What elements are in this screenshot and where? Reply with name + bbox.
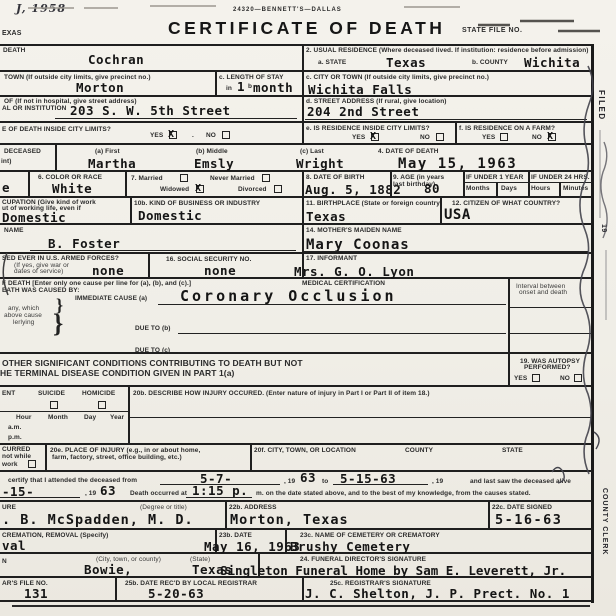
divorced-checkbox [274,185,282,193]
county-clerk-label: COUNTY CLERK [601,488,608,555]
last-name-label: (c) Last [300,148,324,156]
middle-name-label: (b) Middle [196,148,228,156]
row-armed-ssn-informant: SED EVER IN U.S. ARMED FORCES? (If yes, … [0,254,592,279]
certificate-form: DEATH Cochran 2. USUAL RESIDENCE (Where … [0,44,594,603]
row-burial-location: N (City, town, or county) (State) Bowie,… [0,554,592,578]
part2-label-line1: OTHER SIGNIFICANT CONDITIONS CONTRIBUTIN… [2,358,303,368]
divider [508,354,510,385]
homicide-label: HOMICIDE [82,390,115,398]
registrar-signature-value: J. C. Shelton, J. P. Prect. No. 1 [305,588,570,601]
days-label: Days [501,185,517,193]
divider [250,445,252,470]
certify-text-2: m. on the date stated above, and to the … [256,490,531,498]
divider [390,172,392,196]
armed-forces-value: none [92,265,124,278]
divider [302,198,304,223]
never-married-checkbox [262,174,270,182]
divider [508,279,510,352]
row-town-stay-city: TOWN (If outside city limits, give preci… [0,72,592,97]
yes-label: YES [514,375,527,383]
no-checkbox [222,131,230,139]
residence-inside-limits-label: e. IS RESIDENCE INSIDE CITY LIMITS? [306,125,430,133]
no-label: NO [532,134,542,142]
death-certificate-scan: J, 1958 EXAS 24320—BENNETT'S—DALLAS CERT… [0,0,616,616]
state-file-no-label: STATE FILE NO. [462,27,522,35]
row-place-of-injury: CURRED not while work 20e. PLACE OF INJU… [0,445,592,472]
minutes-label: Minutes [563,185,588,193]
divider [28,172,30,196]
row-city-limits: E OF DEATH INSIDE CITY LIMITS? YES X . N… [0,123,592,145]
deceased-sublabel: int) [1,158,12,166]
no-checkbox [436,133,444,141]
cemetery-value: Brushy Cemetery [290,541,410,554]
deceased-label: DECEASED [4,148,41,156]
location-partial-label: N [2,558,7,566]
divider [215,72,217,95]
divider [225,502,227,528]
father-name-label: NAME [4,227,24,235]
grid-line [508,333,592,334]
last-saw-alive-label: and last saw the deceased alive [470,478,571,486]
occupation-value: Domestic [2,212,66,225]
residence-state-value: Texas [386,57,426,70]
degree-title-label: (Degree or title) [140,504,187,512]
divider [302,172,304,196]
divider [55,145,57,170]
date-of-birth-value: Aug. 5, 1882 [305,184,401,197]
due-to-b-label: DUE TO (b) [135,325,171,333]
row-burial: CREMATION, REMOVAL (Specify) val 23b. DA… [0,530,592,554]
divider [45,445,47,470]
months-label: Months [466,185,490,193]
sex-partial-value: e [2,182,10,195]
autopsy-label-line2: PERFORMED? [524,364,571,372]
color-race-value: White [52,183,92,196]
signature-partial-label: URE [2,504,16,512]
homicide-checkbox [98,401,106,409]
answer-line [130,417,592,418]
answer-line [178,352,506,353]
informant-value: Mrs. G. O. Lyon [294,266,414,279]
residence-city-label: c. CITY OR TOWN (If outside city limits,… [306,74,489,82]
day-label: Day [84,414,96,422]
no-label: NO [420,134,430,142]
row-occupation-birthplace: CUPATION (Give kind of work ut of workin… [0,198,592,225]
page-title: CERTIFICATE OF DEATH [168,18,445,39]
yes-label: YES [482,134,495,142]
answer-line [304,251,588,252]
divider [302,97,304,121]
ssn-value: none [204,265,236,278]
first-name-value: Martha [88,158,136,171]
divider [440,198,442,223]
divider [302,225,304,252]
burial-city-value: Bowie, [84,564,132,577]
divider [130,198,132,223]
divider [115,578,117,600]
divider [125,172,127,196]
row-parents: NAME B. Foster 14. MOTHER'S MAIDEN NAME … [0,225,592,254]
county-of-death-value: Cochran [88,54,144,67]
burial-date-value: May 16, 1963 [204,541,300,554]
comma-19-label: , 19 [284,478,295,486]
injury-city-label: 20f. CITY, TOWN, OR LOCATION [254,447,356,455]
brace-glyph: } [53,309,63,339]
place-of-death-label: DEATH [3,47,25,55]
row-part2-autopsy: OTHER SIGNIFICANT CONDITIONS CONTRIBUTIN… [0,354,592,387]
hour-label: Hour [16,414,32,422]
last-name-value: Wright [296,158,344,171]
yes-checkbox [532,374,540,382]
age-value: 80 [424,183,440,196]
comma-19-label: , 19 [85,490,96,498]
middle-name-value: Emsly [194,158,234,171]
no-checkbox: X [548,133,556,141]
divider [559,182,561,196]
place-of-injury-label-line2: farm, factory, street, office building, … [52,454,182,462]
date-of-birth-label: 8. DATE OF BIRTH [306,174,365,182]
filed-stamp-label: FILED [597,90,606,121]
death-time-value: 1:15 p. [192,485,248,498]
row-place-usual-residence: DEATH Cochran 2. USUAL RESIDENCE (Where … [0,46,592,72]
father-name-value: B. Foster [48,238,120,251]
divider [488,502,490,528]
part2-label-line2: HE TERMINAL DISEASE CONDITION GIVEN IN P… [0,368,234,378]
address-label: 22b. ADDRESS [229,504,277,512]
row-injury-type: ENT SUICIDE HOMICIDE Hour Month Day Year… [0,387,592,445]
married-checkbox [180,174,188,182]
divider [496,182,498,196]
street-address-value: 204 2nd Street [307,106,419,119]
row-registrar: AR'S FILE NO. 131 25b. DATE REC'D BY LOC… [0,578,592,602]
answer-line [333,484,428,485]
hospital-label-line2: AL OR INSTITUTION [2,105,66,113]
answer-line [186,497,252,498]
row-race-marital-birth: e 6. COLOR OR RACE White 7. Married Neve… [0,172,592,198]
answer-line [302,600,564,601]
answer-line [178,333,506,334]
stay-in-label: in [226,85,232,93]
registrar-file-value: 131 [24,588,48,601]
state-label: a. STATE [318,59,346,67]
answer-line [30,250,296,251]
physician-address-value: Morton, Texas [230,514,349,528]
grid-line [0,411,128,412]
side-note-3: lerlying [13,319,34,327]
date-of-death-value: May 15, 1963 [398,157,517,171]
state-partial-label: EXAS [2,30,21,38]
divider [455,123,457,143]
informant-label: 17. INFORMANT [306,255,357,263]
bottom-double-rule [12,605,590,607]
widowed-checkbox: X [196,185,204,193]
stay-b-label: b [248,83,252,91]
to-label: to [322,478,328,486]
birthplace-label: 11. BIRTHPLACE (State or foreign country… [306,200,442,208]
from-year-value: 63 [300,472,316,485]
funeral-director-value: Singleton Funeral Home by Sam E. Leveret… [220,565,566,578]
suicide-checkbox [50,401,58,409]
work-label: work [2,461,18,469]
physician-signature-value: . B. McSpadden, M. D. [2,514,194,528]
immediate-cause-value: Coronary Occlusion [180,289,397,304]
county-label: b. COUNTY [472,59,508,67]
divider [528,172,530,196]
usual-residence-label: 2. USUAL RESIDENCE (Where deceased lived… [306,47,589,55]
residence-city-value: Wichita Falls [308,84,412,97]
divider [302,72,304,95]
work-checkbox [28,460,36,468]
not-while-label: not while [2,453,31,461]
if-under-1-year-label: IF UNDER 1 YEAR [466,174,523,182]
divider [302,578,304,600]
residence-on-farm-label: f. IS RESIDENCE ON A FARM? [459,125,555,133]
married-label: 7. Married [131,175,163,183]
answer-line [55,118,297,119]
citizen-value: USA [444,208,471,222]
burial-type-value: val [2,540,26,553]
death-inside-limits-label: E OF DEATH INSIDE CITY LIMITS? [2,126,111,134]
pm-label: p.m. [8,434,22,442]
row-cause-of-death: F DEATH [Enter only one cause per line f… [0,279,592,354]
row-hospital-street: OF (If not in hospital, give street addr… [0,97,592,123]
answer-line [305,119,587,120]
comma-19-label: , 19 [432,478,443,486]
caused-by-label: EATH WAS CAUSED BY: [2,287,80,295]
year-label: Year [110,414,124,422]
suicide-label: SUICIDE [38,390,65,398]
stay-unit-value: month [253,82,293,95]
yes-checkbox [500,133,508,141]
town-value: Morton [76,82,124,95]
birthplace-value: Texas [306,211,346,224]
date-signed-value: 5-16-63 [495,514,562,528]
first-name-label: (a) First [95,148,120,156]
divider [463,172,465,196]
no-label: NO [560,375,570,383]
divider [128,387,130,443]
divider [302,123,304,143]
accident-partial-label: ENT [2,390,15,398]
death-year-value: 63 [100,485,116,498]
immediate-cause-label: IMMEDIATE CAUSE (a) [75,295,147,303]
if-under-24-hrs-label: IF UNDER 24 HRS. [531,174,590,182]
divorced-label: Divorced [238,186,267,194]
injury-state-label: STATE [502,447,523,455]
injury-county-label: COUNTY [405,447,433,455]
stay-number-value: 1 [237,81,245,94]
margin-year-label: 19 [600,224,607,233]
date-of-death-label: 4. DATE OF DEATH [378,148,439,156]
hours-label: Hours [531,185,550,193]
armed-forces-sublabel2: dates of service) [14,268,63,276]
yes-checkbox: X [169,131,177,139]
handwritten-filing-date: J, 1958 [16,2,66,15]
mother-maiden-value: Mary Coonas [306,238,410,252]
divider [148,254,150,277]
yes-checkbox: X [371,133,379,141]
answer-line [0,497,80,498]
death-occurred-label: Death occurred at [130,490,187,498]
row-deceased-name: DECEASED int) (a) First Martha (b) Middl… [0,145,592,172]
answer-line [158,304,506,305]
month-label: Month [48,414,68,422]
business-label: 10b. KIND OF BUSINESS OR INDUSTRY [134,200,260,208]
am-label: a.m. [8,424,21,432]
business-value: Domestic [138,210,202,223]
interval-label-line2: onset and death [519,289,567,297]
date-signed-label: 22c. DATE SIGNED [492,504,552,512]
yes-label: YES [352,134,365,142]
dot: . [192,132,194,140]
no-checkbox [574,374,582,382]
row-physician-signature: URE (Degree or title) . B. McSpadden, M.… [0,502,592,530]
divider [302,46,304,70]
grid-line [508,307,592,308]
residence-county-value: Wichita [524,57,580,70]
yes-label: YES [150,132,163,140]
printer-mark: 24320—BENNETT'S—DALLAS [233,7,342,14]
date-received-value: 5-20-63 [148,588,204,601]
widowed-label: Widowed [160,186,189,194]
no-label: NO [206,132,216,140]
row-certification: certify that I attended the deceased fro… [0,472,592,502]
never-married-label: Never Married [210,175,255,183]
describe-injury-label: 20b. DESCRIBE HOW INJURY OCCURED. (Enter… [133,390,430,398]
mother-maiden-label: 14. MOTHER'S MAIDEN NAME [306,227,402,235]
hospital-address-value: 203 S. W. 5th Street [70,105,231,118]
